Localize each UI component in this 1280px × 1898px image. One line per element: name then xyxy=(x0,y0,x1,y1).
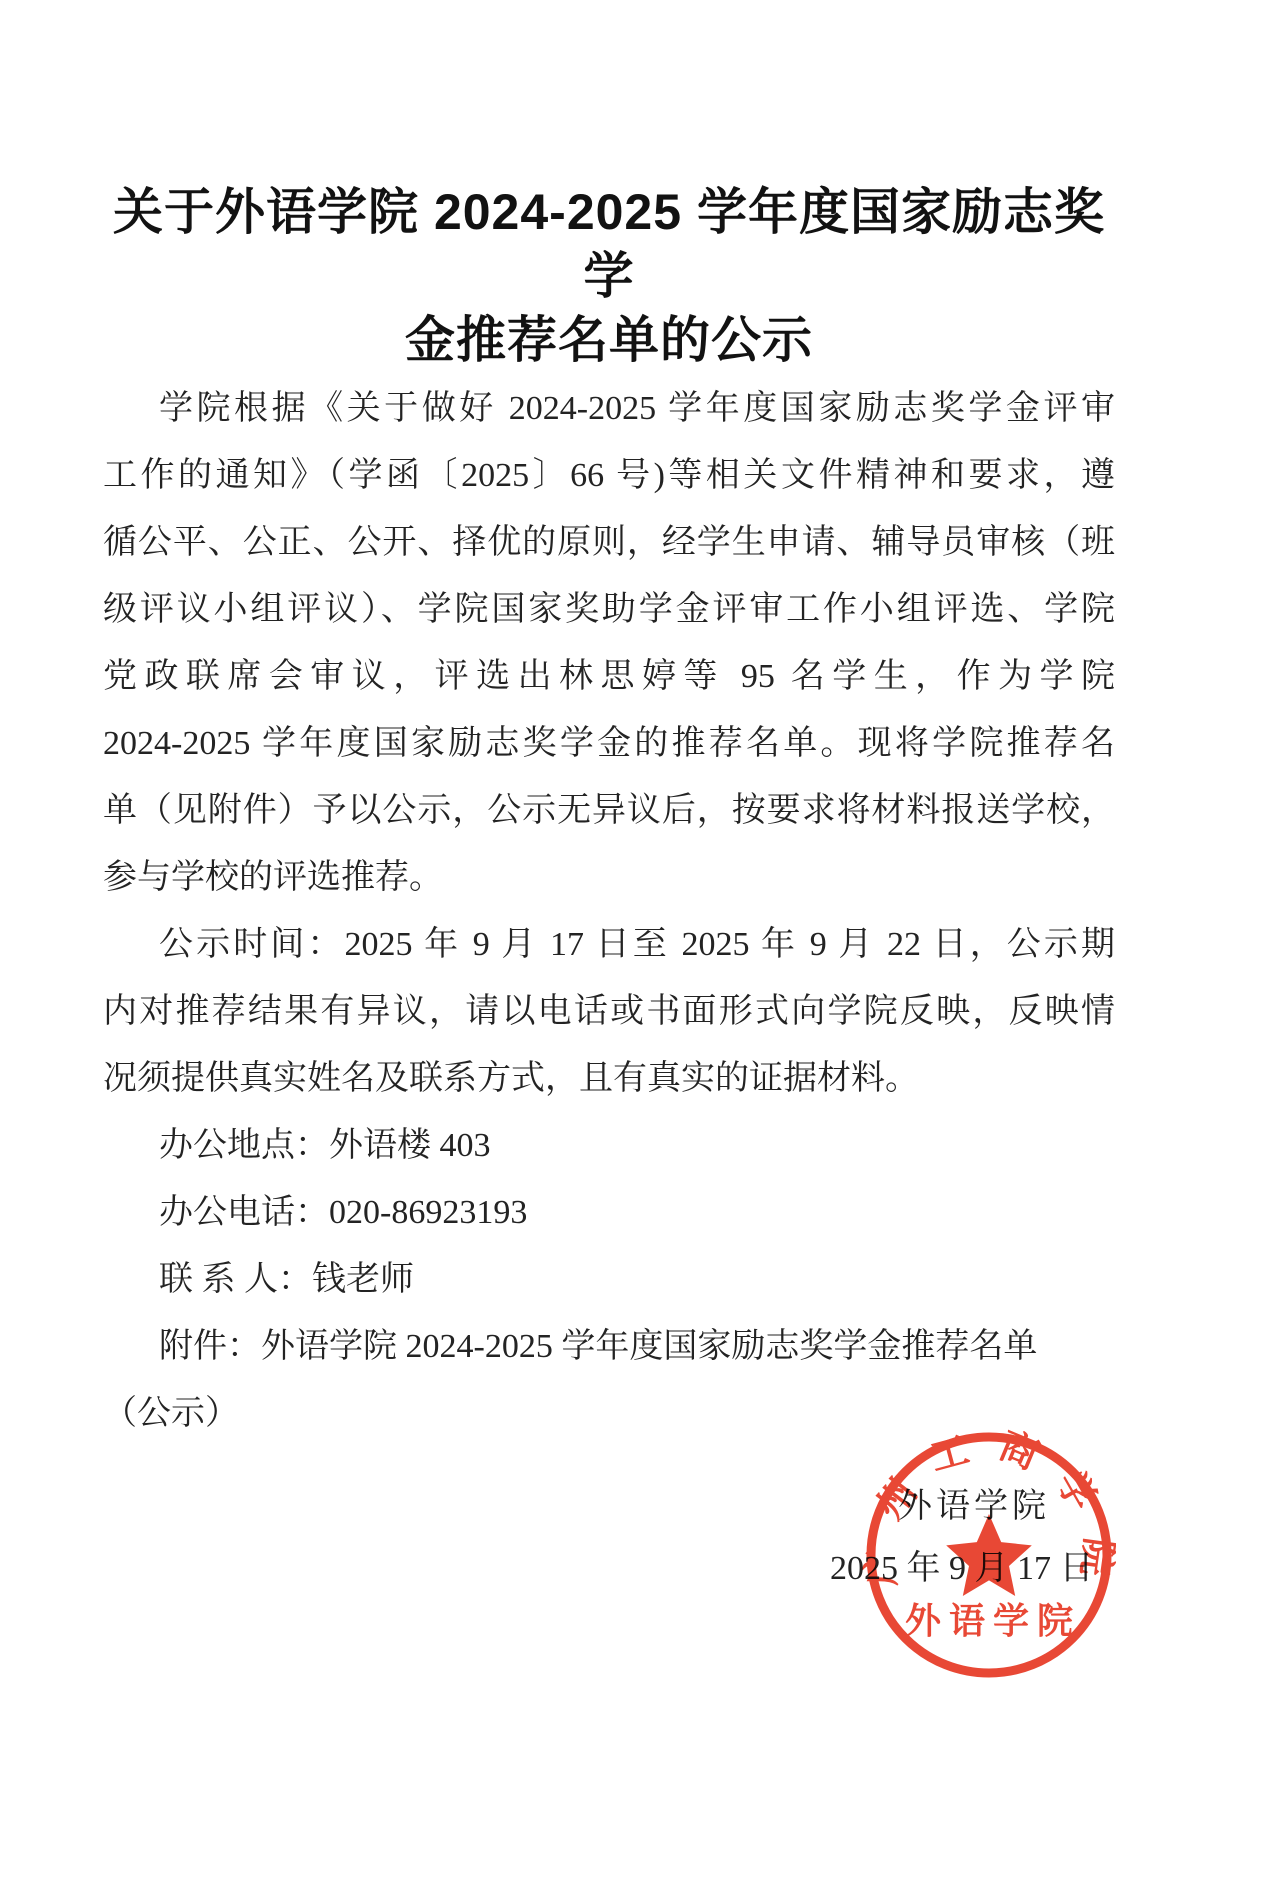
body-line: 工作的通知》（学函〔2025〕66 号)等相关文件精神和要求，遵 xyxy=(103,442,1115,509)
official-seal: 广州工商学院 外语学院 xyxy=(862,1428,1116,1682)
title-line-2: 金推荐名单的公示 xyxy=(103,308,1115,372)
body-line: 党政联席会审议，评选出林思婷等 95 名学生，作为学院 xyxy=(103,643,1115,710)
body-line: 况须提供真实姓名及联系方式，且有真实的证据材料。 xyxy=(103,1045,1115,1112)
seal-star-icon xyxy=(946,1514,1032,1596)
document-page: 关于外语学院 2024-2025 学年度国家励志奖学 金推荐名单的公示 学院根据… xyxy=(0,0,1280,1898)
office-phone-line: 办公电话：020-86923193 xyxy=(103,1179,1115,1246)
seal-name-text: 外语学院 xyxy=(905,1600,1081,1641)
body-text: 学院根据《关于做好 2024-2025 学年度国家励志奖学金评审 工作的通知》（… xyxy=(103,375,1115,1447)
body-line: 级评议小组评议）、学院国家奖助学金评审工作小组评选、学院 xyxy=(103,576,1115,643)
body-line: 参与学校的评选推荐。 xyxy=(103,844,1115,911)
body-line: 公示时间：2025 年 9 月 17 日至 2025 年 9 月 22 日，公示… xyxy=(103,911,1115,978)
page-title: 关于外语学院 2024-2025 学年度国家励志奖学 金推荐名单的公示 xyxy=(103,180,1115,372)
attachment-line: 附件：外语学院 2024-2025 学年度国家励志奖学金推荐名单 xyxy=(103,1313,1115,1380)
body-line: 循公平、公正、公开、择优的原则，经学生申请、辅导员审核（班 xyxy=(103,509,1115,576)
body-line: 内对推荐结果有异议，请以电话或书面形式向学院反映，反映情 xyxy=(103,978,1115,1045)
office-location-line: 办公地点：外语楼 403 xyxy=(103,1112,1115,1179)
body-line: 单（见附件）予以公示，公示无异议后，按要求将材料报送学校， xyxy=(103,777,1115,844)
body-line: 学院根据《关于做好 2024-2025 学年度国家励志奖学金评审 xyxy=(103,375,1115,442)
contact-person-line: 联 系 人：钱老师 xyxy=(103,1246,1115,1313)
title-line-1: 关于外语学院 2024-2025 学年度国家励志奖学 xyxy=(103,180,1115,308)
body-line: 2024-2025 学年度国家励志奖学金的推荐名单。现将学院推荐名 xyxy=(103,710,1115,777)
